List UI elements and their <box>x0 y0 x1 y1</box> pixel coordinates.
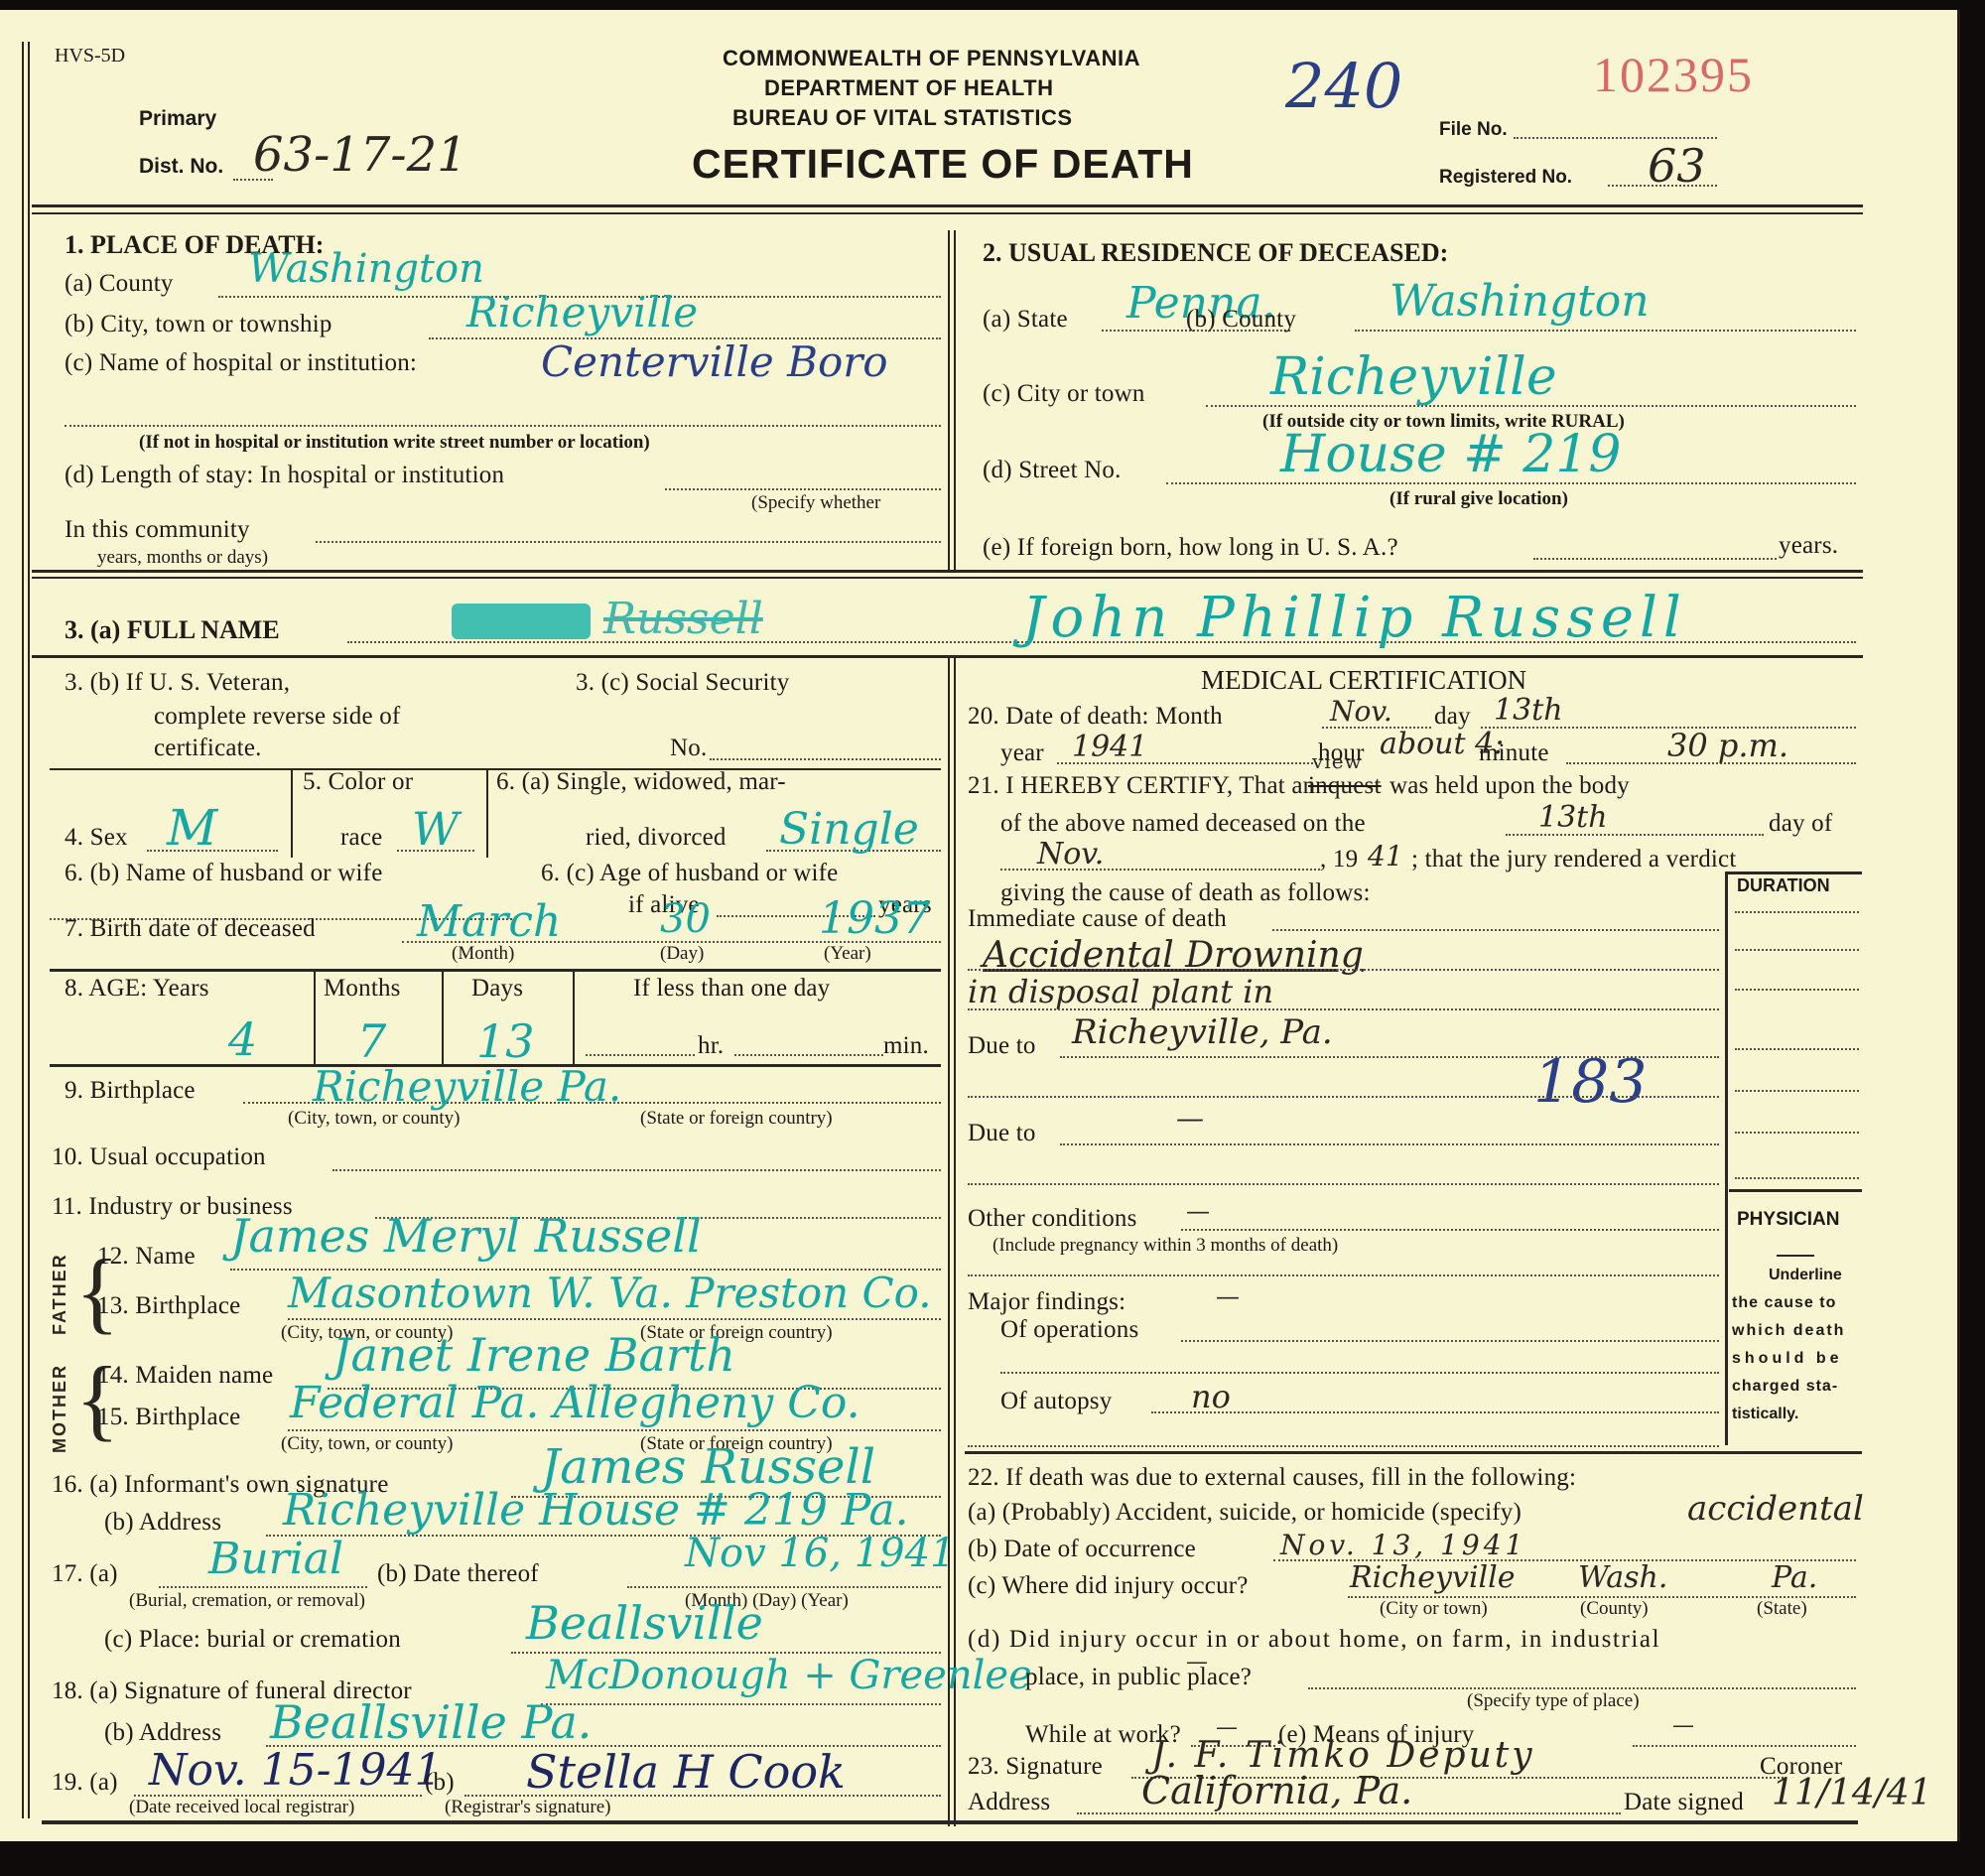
coroner-address-line <box>1077 1812 1621 1814</box>
immediate-cause-label: Immediate cause of death <box>968 905 1227 933</box>
specify-note: (Specify whether <box>751 492 880 514</box>
external-c-state: Pa. <box>1772 1560 1817 1595</box>
autopsy-line-2 <box>968 1445 1719 1447</box>
disposition-line <box>159 1586 367 1588</box>
pregnancy-note: (Include pregnancy within 3 months of de… <box>992 1235 1338 1257</box>
duration-line-4 <box>1735 1048 1859 1050</box>
father-side-label: FATHER <box>50 1253 70 1335</box>
race-label: race <box>340 824 382 852</box>
father-birthplace-line <box>288 1318 941 1320</box>
foreign-born-line <box>1533 558 1777 560</box>
rule-before-age <box>50 969 941 972</box>
death-year-value: 1941 <box>1072 730 1147 764</box>
res-county-value: Washington <box>1389 276 1650 327</box>
disposition-date-line <box>627 1586 941 1588</box>
certify-line-3: ; that the jury rendered a verdict <box>1411 846 1737 873</box>
death-month-value: Nov. <box>1330 695 1392 728</box>
registered-no-label: Registered No. <box>1439 167 1572 189</box>
birthplace-value: Richeyville Pa. <box>313 1062 621 1111</box>
death-minute-label: minute <box>1479 739 1549 767</box>
duration-divider <box>1725 873 1728 1445</box>
sex-race-divider <box>291 768 293 858</box>
rule-before-sex <box>50 768 941 770</box>
birth-day-note: (Day) <box>660 943 704 965</box>
duration-line-7 <box>1735 1177 1859 1179</box>
registrar-sig-value: Stella H Cook <box>526 1745 846 1799</box>
due-to-label: Due to <box>968 1032 1036 1060</box>
marital-label-1: 6. (a) Single, widowed, mar- <box>496 768 786 796</box>
mother-maiden-label: 14. Maiden name <box>97 1362 273 1390</box>
death-county-label: (a) County <box>65 270 174 298</box>
due-to-2-line <box>1060 1143 1719 1145</box>
veteran-label-1: 3. (b) If U. S. Veteran, <box>65 669 290 697</box>
burial-place-value: Beallsville <box>526 1596 763 1650</box>
coroner-sig-label: 23. Signature <box>968 1753 1103 1781</box>
major-findings-label: Major findings: <box>968 1288 1125 1316</box>
sex-value: M <box>167 799 217 857</box>
cause-line-3 <box>968 1008 1719 1010</box>
autopsy-value: no <box>1191 1378 1231 1415</box>
res-city-value: Richeyville <box>1270 347 1557 407</box>
birth-month-value: March <box>417 896 561 947</box>
fd-address-value: Beallsville Pa. <box>270 1695 592 1749</box>
due-to-line-2 <box>968 1096 1719 1098</box>
community-line <box>316 541 941 543</box>
disposition-date-value: Nov 16, 1941 <box>685 1531 956 1576</box>
physician-note-5: charged sta- <box>1732 1378 1838 1396</box>
mother-side-label: MOTHER <box>50 1364 70 1453</box>
disposition-date-label: (b) Date thereof <box>377 1560 539 1588</box>
cause-line-2 <box>968 969 1719 971</box>
physician-note-2: the cause to <box>1732 1294 1836 1312</box>
physician-note-3: which death <box>1732 1322 1845 1340</box>
physician-note-1: Underline <box>1769 1267 1842 1284</box>
informant-address-label: (b) Address <box>104 1509 221 1537</box>
external-county-note: (County) <box>1580 1598 1649 1620</box>
external-state-note: (State) <box>1757 1598 1807 1620</box>
min-line <box>734 1054 883 1056</box>
struck-full-name: Russell <box>603 594 763 644</box>
res-county-line <box>1355 330 1856 332</box>
other-conditions-label: Other conditions <box>968 1205 1137 1233</box>
usual-residence-title: 2. USUAL RESIDENCE OF DECEASED: <box>983 238 1448 268</box>
stay-label: (d) Length of stay: In hospital or insti… <box>65 462 504 489</box>
duration-line-2 <box>1735 949 1859 951</box>
certify-line-2: of the above named deceased on the <box>1000 810 1366 838</box>
foreign-years-label: years. <box>1779 532 1838 560</box>
other-conditions-line <box>1181 1229 1719 1231</box>
handwritten-number: 240 <box>1285 50 1402 122</box>
full-name-label: 3. (a) FULL NAME <box>65 615 280 645</box>
death-city-value: Richeyville <box>466 288 698 336</box>
immediate-cause-value-2: in disposal plant in <box>968 973 1273 1010</box>
physician-dash <box>1777 1255 1814 1257</box>
due-to-2-line-2 <box>968 1183 1719 1185</box>
external-c-label: (c) Where did injury occur? <box>968 1572 1249 1600</box>
marital-value: Single <box>779 804 919 855</box>
external-c-city: Richeyville <box>1350 1560 1516 1595</box>
death-year-label: year <box>1000 739 1044 767</box>
due-to-2-value: — <box>1176 1102 1204 1135</box>
disposition-note: (Burial, cremation, or removal) <box>129 1590 365 1612</box>
occupation-line <box>332 1169 941 1171</box>
registered-no-value: 63 <box>1648 139 1706 193</box>
duration-top-rule <box>1725 871 1862 874</box>
min-label: min. <box>883 1032 929 1060</box>
foreign-born-label: (e) If foreign born, how long in U. S. A… <box>983 534 1398 562</box>
race-value: W <box>412 802 459 856</box>
mother-birthplace-label: 15. Birthplace <box>97 1404 240 1431</box>
stamp-number: 102395 <box>1593 46 1754 103</box>
community-note: years, months or days) <box>97 547 268 569</box>
form-id: HVS-5D <box>55 45 125 67</box>
due-to-2-label: Due to <box>968 1120 1036 1147</box>
means-line <box>1633 1745 1856 1747</box>
rule-after-section-2 <box>32 570 1863 573</box>
birthplace-state-note: (State or foreign country) <box>640 1108 833 1130</box>
external-d-line <box>1308 1687 1856 1689</box>
age-months-divider <box>442 969 444 1064</box>
marital-label-2: ried, divorced <box>586 824 727 852</box>
age-years-divider <box>314 969 316 1064</box>
coroner-address-value: California, Pa. <box>1141 1769 1412 1812</box>
res-city-label: (c) City or town <box>983 380 1145 408</box>
duration-line-5 <box>1735 1090 1859 1092</box>
physician-title: PHYSICIAN <box>1737 1209 1839 1231</box>
burial-place-label: (c) Place: burial or cremation <box>104 1626 401 1654</box>
certify-inserted-word: view <box>1312 749 1363 773</box>
scribbled-out-name <box>452 603 591 639</box>
external-c-county: Wash. <box>1578 1560 1667 1595</box>
birth-year-value: 1937 <box>819 893 930 944</box>
agency-line-3: BUREAU OF VITAL STATISTICS <box>732 105 1073 131</box>
certify-year-prefix: , 19 <box>1320 846 1358 873</box>
funeral-director-value: McDonough + Greenlee <box>546 1653 1032 1698</box>
external-b-label: (b) Date of occurrence <box>968 1536 1196 1563</box>
father-birthplace-value: Masontown W. Va. Preston Co. <box>288 1269 932 1317</box>
operations-line <box>1181 1340 1719 1342</box>
external-d-value: — <box>1186 1650 1208 1675</box>
age-days-label: Days <box>471 975 523 1003</box>
occupation-label: 10. Usual occupation <box>52 1143 266 1171</box>
disposition-label: 17. (a) <box>52 1560 118 1588</box>
hospital-value: Centerville Boro <box>541 337 888 386</box>
means-value: — <box>1672 1713 1694 1738</box>
physician-note-6: tistically. <box>1732 1406 1798 1423</box>
race-marital-divider <box>486 768 488 858</box>
external-d-label-2: place, in public place? <box>1025 1664 1252 1691</box>
agency-line-2: DEPARTMENT OF HEALTH <box>764 75 1054 101</box>
date-signed-value: 11/14/41 <box>1772 1773 1932 1813</box>
external-a-value: accidental <box>1687 1489 1864 1529</box>
main-center-divider <box>948 657 956 1826</box>
mother-birthplace-line <box>288 1429 941 1431</box>
external-city-note: (City or town) <box>1380 1598 1488 1620</box>
certify-struck-word: inquest <box>1308 772 1382 800</box>
duration-line-3 <box>1735 989 1859 991</box>
death-minute-value: 30 p.m. <box>1667 727 1788 764</box>
father-name-value: James Meryl Russell <box>230 1209 702 1263</box>
autopsy-label: Of autopsy <box>1000 1388 1112 1415</box>
ssn-no-label: No. <box>670 735 707 762</box>
primary-label: Primary <box>139 107 216 131</box>
certify-line-4: giving the cause of death as follows: <box>1000 879 1371 907</box>
hospital-line-2 <box>65 425 941 427</box>
street-note: (If not in hospital or institution write… <box>139 432 650 454</box>
other-conditions-value: — <box>1186 1197 1210 1225</box>
age-days-divider <box>573 969 575 1064</box>
registrar-b-label: (b) <box>425 1769 455 1797</box>
page-title: CERTIFICATE OF DEATH <box>692 141 1194 188</box>
spouse-age-label: 6. (c) Age of husband or wife <box>541 860 838 887</box>
age-label: 8. AGE: Years <box>65 975 209 1003</box>
spouse-name-label: 6. (b) Name of husband or wife <box>65 860 383 887</box>
death-day-value: 13th <box>1494 693 1563 728</box>
dist-no-label: Dist. No. <box>139 155 223 179</box>
due-to-value: Richeyville, Pa. <box>1072 1012 1333 1052</box>
death-certificate-page: HVS-5D Primary Dist. No. 63-17-21 COMMON… <box>0 10 1960 1841</box>
father-name-label: 12. Name <box>97 1243 196 1271</box>
mother-city-note: (City, town, or county) <box>281 1433 453 1455</box>
certify-month-value: Nov. <box>1037 837 1104 871</box>
age-months-label: Months <box>324 975 401 1003</box>
ssn-line <box>710 758 941 760</box>
agency-line-1: COMMONWEALTH OF PENNSYLVANIA <box>723 46 1140 71</box>
death-city-label: (b) City, town or township <box>65 311 332 338</box>
physician-note-4: should be <box>1732 1350 1843 1368</box>
operations-line-2 <box>1000 1372 1719 1374</box>
bottom-rule <box>42 1820 1858 1824</box>
sex-label: 4. Sex <box>65 824 128 852</box>
ssn-label: 3. (c) Social Security <box>576 669 789 697</box>
fd-address-label: (b) Address <box>104 1719 221 1747</box>
autopsy-line <box>1151 1411 1719 1413</box>
external-b-value: Nov. 13, 1941 <box>1280 1529 1526 1561</box>
age-days-value: 13 <box>476 1014 535 1068</box>
res-street-label: (d) Street No. <box>983 457 1122 484</box>
file-no-label: File No. <box>1439 119 1508 141</box>
duration-line-1 <box>1735 911 1859 913</box>
birthplace-label: 9. Birthplace <box>65 1077 196 1105</box>
birth-day-value: 30 <box>660 896 711 942</box>
external-title: 22. If death was due to external causes,… <box>968 1464 1576 1492</box>
day-of-label: day of <box>1769 810 1832 838</box>
age-months-value: 7 <box>357 1014 386 1068</box>
disposition-value: Burial <box>208 1534 343 1584</box>
specify-place-note: (Specify type of place) <box>1467 1690 1640 1712</box>
res-state-label: (a) State <box>983 306 1068 334</box>
rural-location-note: (If rural give location) <box>1389 488 1568 510</box>
full-name-value: John Phillip Russell <box>1022 586 1687 650</box>
margin-number: 183 <box>1533 1047 1648 1117</box>
hospital-label: (c) Name of hospital or institution: <box>65 349 417 377</box>
certify-year-value: 41 <box>1368 840 1403 872</box>
res-street-value: House # 219 <box>1280 425 1621 484</box>
mother-maiden-value: Janet Irene Barth <box>332 1328 735 1382</box>
duration-bottom-rule <box>1729 1189 1862 1192</box>
registrar-date-note: (Date received local registrar) <box>129 1797 354 1818</box>
veteran-label-2: complete reverse side of <box>154 703 400 731</box>
header-rule-top <box>32 204 1863 207</box>
header-rule-bottom <box>32 212 1863 214</box>
veteran-label-3: certificate. <box>154 735 262 762</box>
date-signed-label: Date signed <box>1624 1789 1744 1816</box>
external-a-label: (a) (Probably) Accident, suicide, or hom… <box>968 1499 1522 1527</box>
registrar-date-label: 19. (a) <box>52 1769 118 1797</box>
informant-address-value: Richeyville House # 219 Pa. <box>283 1485 909 1536</box>
funeral-director-line <box>541 1703 941 1705</box>
certify-line-1a: 21. I HEREBY CERTIFY, That an <box>968 772 1315 800</box>
death-county-value: Washington <box>248 246 484 292</box>
father-birthplace-label: 13. Birthplace <box>97 1292 240 1320</box>
medical-title: MEDICAL CERTIFICATION <box>1201 665 1526 696</box>
community-label: In this community <box>65 516 250 544</box>
registrar-date-value: Nov. 15-1941 <box>149 1745 442 1796</box>
age-years-value: 4 <box>228 1012 257 1066</box>
mother-birthplace-value: Federal Pa. Allegheny Co. <box>290 1378 860 1428</box>
duration-label: DURATION <box>1737 875 1830 896</box>
birth-date-label: 7. Birth date of deceased <box>65 915 316 943</box>
other-conditions-line-2 <box>968 1274 1719 1276</box>
hr-line <box>586 1054 695 1056</box>
birth-month-note: (Month) <box>452 943 514 965</box>
hr-label: hr. <box>698 1032 724 1060</box>
certify-line-1b: was held upon the body <box>1389 772 1630 800</box>
res-county-label: (b) County <box>1186 306 1296 334</box>
left-border-rule <box>22 42 30 1818</box>
immediate-cause-line <box>1272 929 1719 931</box>
registrar-sig-note: (Registrar's signature) <box>445 1797 611 1818</box>
external-d-label-1: (d) Did injury occur in or about home, o… <box>968 1626 1660 1654</box>
birthplace-city-note: (City, town, or county) <box>288 1108 460 1130</box>
color-label: 5. Color or <box>303 768 413 796</box>
birth-year-note: (Year) <box>824 943 871 965</box>
less-than-day-label: If less than one day <box>633 975 830 1003</box>
top-center-divider <box>948 230 956 570</box>
rule-before-external <box>965 1451 1862 1454</box>
death-date-label: 20. Date of death: Month <box>968 703 1223 731</box>
duration-line-6 <box>1735 1132 1859 1134</box>
stay-line <box>665 488 941 490</box>
rule-after-section-2b <box>32 577 1863 579</box>
major-findings-value: — <box>1216 1282 1240 1310</box>
dist-no-value: 63-17-21 <box>253 127 467 183</box>
operations-label: Of operations <box>1000 1316 1138 1344</box>
coroner-address-label: Address <box>968 1789 1050 1816</box>
certify-day-value: 13th <box>1538 800 1608 835</box>
